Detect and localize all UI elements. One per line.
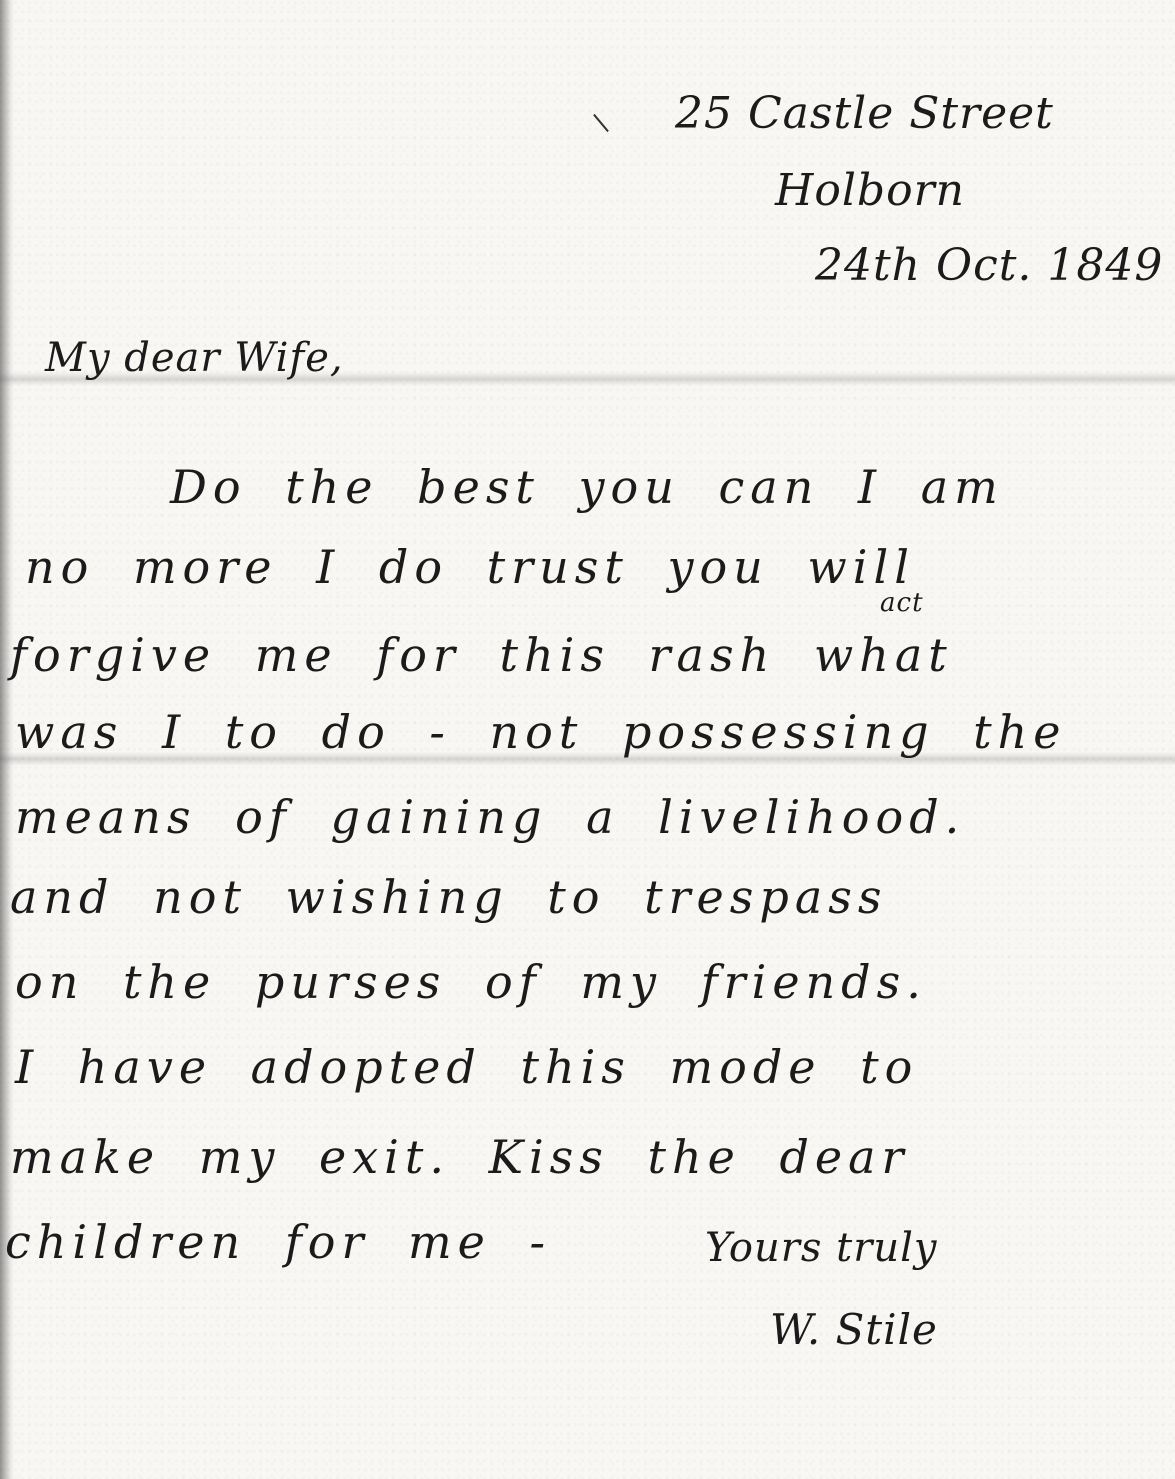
body-line: no more I do trust you will bbox=[25, 540, 915, 594]
body-line: make my exit. Kiss the dear bbox=[10, 1130, 910, 1184]
inserted-word: act bbox=[880, 588, 924, 618]
signature: W. Stile bbox=[770, 1305, 938, 1354]
body-line: I have adopted this mode to bbox=[15, 1040, 918, 1094]
body-line: on the purses of my friends. bbox=[15, 955, 927, 1009]
body-line: means of gaining a livelihood. bbox=[15, 790, 965, 844]
body-line: children for me - bbox=[5, 1215, 551, 1269]
letter-date: 24th Oct. 1849 bbox=[815, 240, 1163, 291]
salutation: My dear Wife, bbox=[45, 335, 344, 381]
closing: Yours truly bbox=[705, 1225, 937, 1271]
body-line: and not wishing to trespass bbox=[10, 870, 887, 924]
address-street: 25 Castle Street bbox=[675, 88, 1054, 139]
letter-page: 25 Castle Street Holborn 24th Oct. 1849 … bbox=[0, 0, 1175, 1479]
body-line: forgive me for this rash what bbox=[10, 628, 953, 682]
address-district: Holborn bbox=[775, 165, 965, 216]
ink-mark bbox=[593, 114, 609, 132]
body-line: Do the best you can I am bbox=[170, 460, 1004, 514]
body-line: was I to do - not possessing the bbox=[15, 705, 1067, 759]
